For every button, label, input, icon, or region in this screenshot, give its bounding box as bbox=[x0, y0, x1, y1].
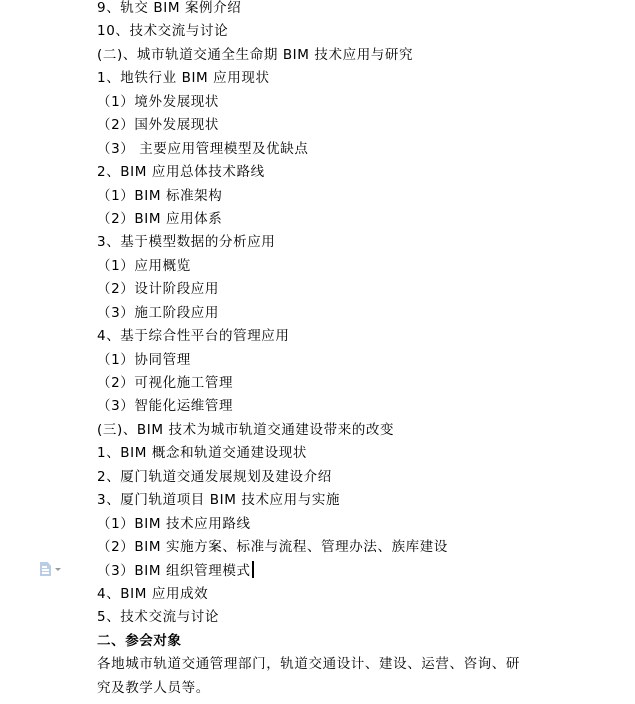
sub-list-item-current[interactable]: （3）BIM 组织管理模式 bbox=[97, 560, 557, 583]
list-item[interactable]: 1、地铁行业 BIM 应用现状 bbox=[97, 67, 557, 90]
list-item[interactable]: 5、技术交流与讨论 bbox=[97, 606, 557, 629]
sub-list-item[interactable]: （1）BIM 标准架构 bbox=[97, 185, 557, 208]
sub-list-item[interactable]: （2）设计阶段应用 bbox=[97, 278, 557, 301]
sub-list-item[interactable]: （2）BIM 实施方案、标准与流程、管理办法、族库建设 bbox=[97, 536, 557, 559]
list-item[interactable]: 9、轨交 BIM 案例介绍 bbox=[97, 0, 557, 20]
section-heading[interactable]: (三)、BIM 技术为城市轨道交通建设带来的改变 bbox=[97, 419, 557, 442]
list-item[interactable]: 1、BIM 概念和轨道交通建设现状 bbox=[97, 442, 557, 465]
sub-list-item[interactable]: （3）智能化运维管理 bbox=[97, 395, 557, 418]
sub-list-item[interactable]: （2）国外发展现状 bbox=[97, 114, 557, 137]
sub-list-item[interactable]: （1）BIM 技术应用路线 bbox=[97, 513, 557, 536]
text-cursor bbox=[252, 561, 254, 578]
document-options-icon bbox=[40, 562, 51, 576]
list-item[interactable]: 3、厦门轨道项目 BIM 技术应用与实施 bbox=[97, 489, 557, 512]
sub-list-item[interactable]: （2）BIM 应用体系 bbox=[97, 208, 557, 231]
paragraph-line[interactable]: 究及教学人员等。 bbox=[97, 677, 557, 700]
sub-list-item[interactable]: （3） 主要应用管理模型及优缺点 bbox=[97, 138, 557, 161]
list-item[interactable]: 4、BIM 应用成效 bbox=[97, 583, 557, 606]
document-page[interactable]: 9、轨交 BIM 案例介绍 10、技术交流与讨论 (二)、城市轨道交通全生命期 … bbox=[0, 0, 635, 704]
section-heading[interactable]: (二)、城市轨道交通全生命期 BIM 技术应用与研究 bbox=[97, 44, 557, 67]
line-text: （3）BIM 组织管理模式 bbox=[97, 563, 251, 579]
section-title[interactable]: 二、参会对象 bbox=[97, 630, 557, 653]
sub-list-item[interactable]: （1）境外发展现状 bbox=[97, 91, 557, 114]
paragraph-options-button[interactable] bbox=[40, 561, 66, 577]
list-item[interactable]: 2、BIM 应用总体技术路线 bbox=[97, 161, 557, 184]
paragraph-line[interactable]: 各地城市轨道交通管理部门，轨道交通设计、建设、运营、咨询、研 bbox=[97, 653, 557, 676]
list-item[interactable]: 3、基于模型数据的分析应用 bbox=[97, 231, 557, 254]
sub-list-item[interactable]: （2）可视化施工管理 bbox=[97, 372, 557, 395]
sub-list-item[interactable]: （1）协同管理 bbox=[97, 349, 557, 372]
list-item[interactable]: 10、技术交流与讨论 bbox=[97, 20, 557, 43]
sub-list-item[interactable]: （3）施工阶段应用 bbox=[97, 302, 557, 325]
document-body[interactable]: 9、轨交 BIM 案例介绍 10、技术交流与讨论 (二)、城市轨道交通全生命期 … bbox=[97, 0, 557, 700]
list-item[interactable]: 2、厦门轨道交通发展规划及建设介绍 bbox=[97, 466, 557, 489]
sub-list-item[interactable]: （1）应用概览 bbox=[97, 255, 557, 278]
chevron-down-icon bbox=[55, 568, 61, 571]
list-item[interactable]: 4、基于综合性平台的管理应用 bbox=[97, 325, 557, 348]
